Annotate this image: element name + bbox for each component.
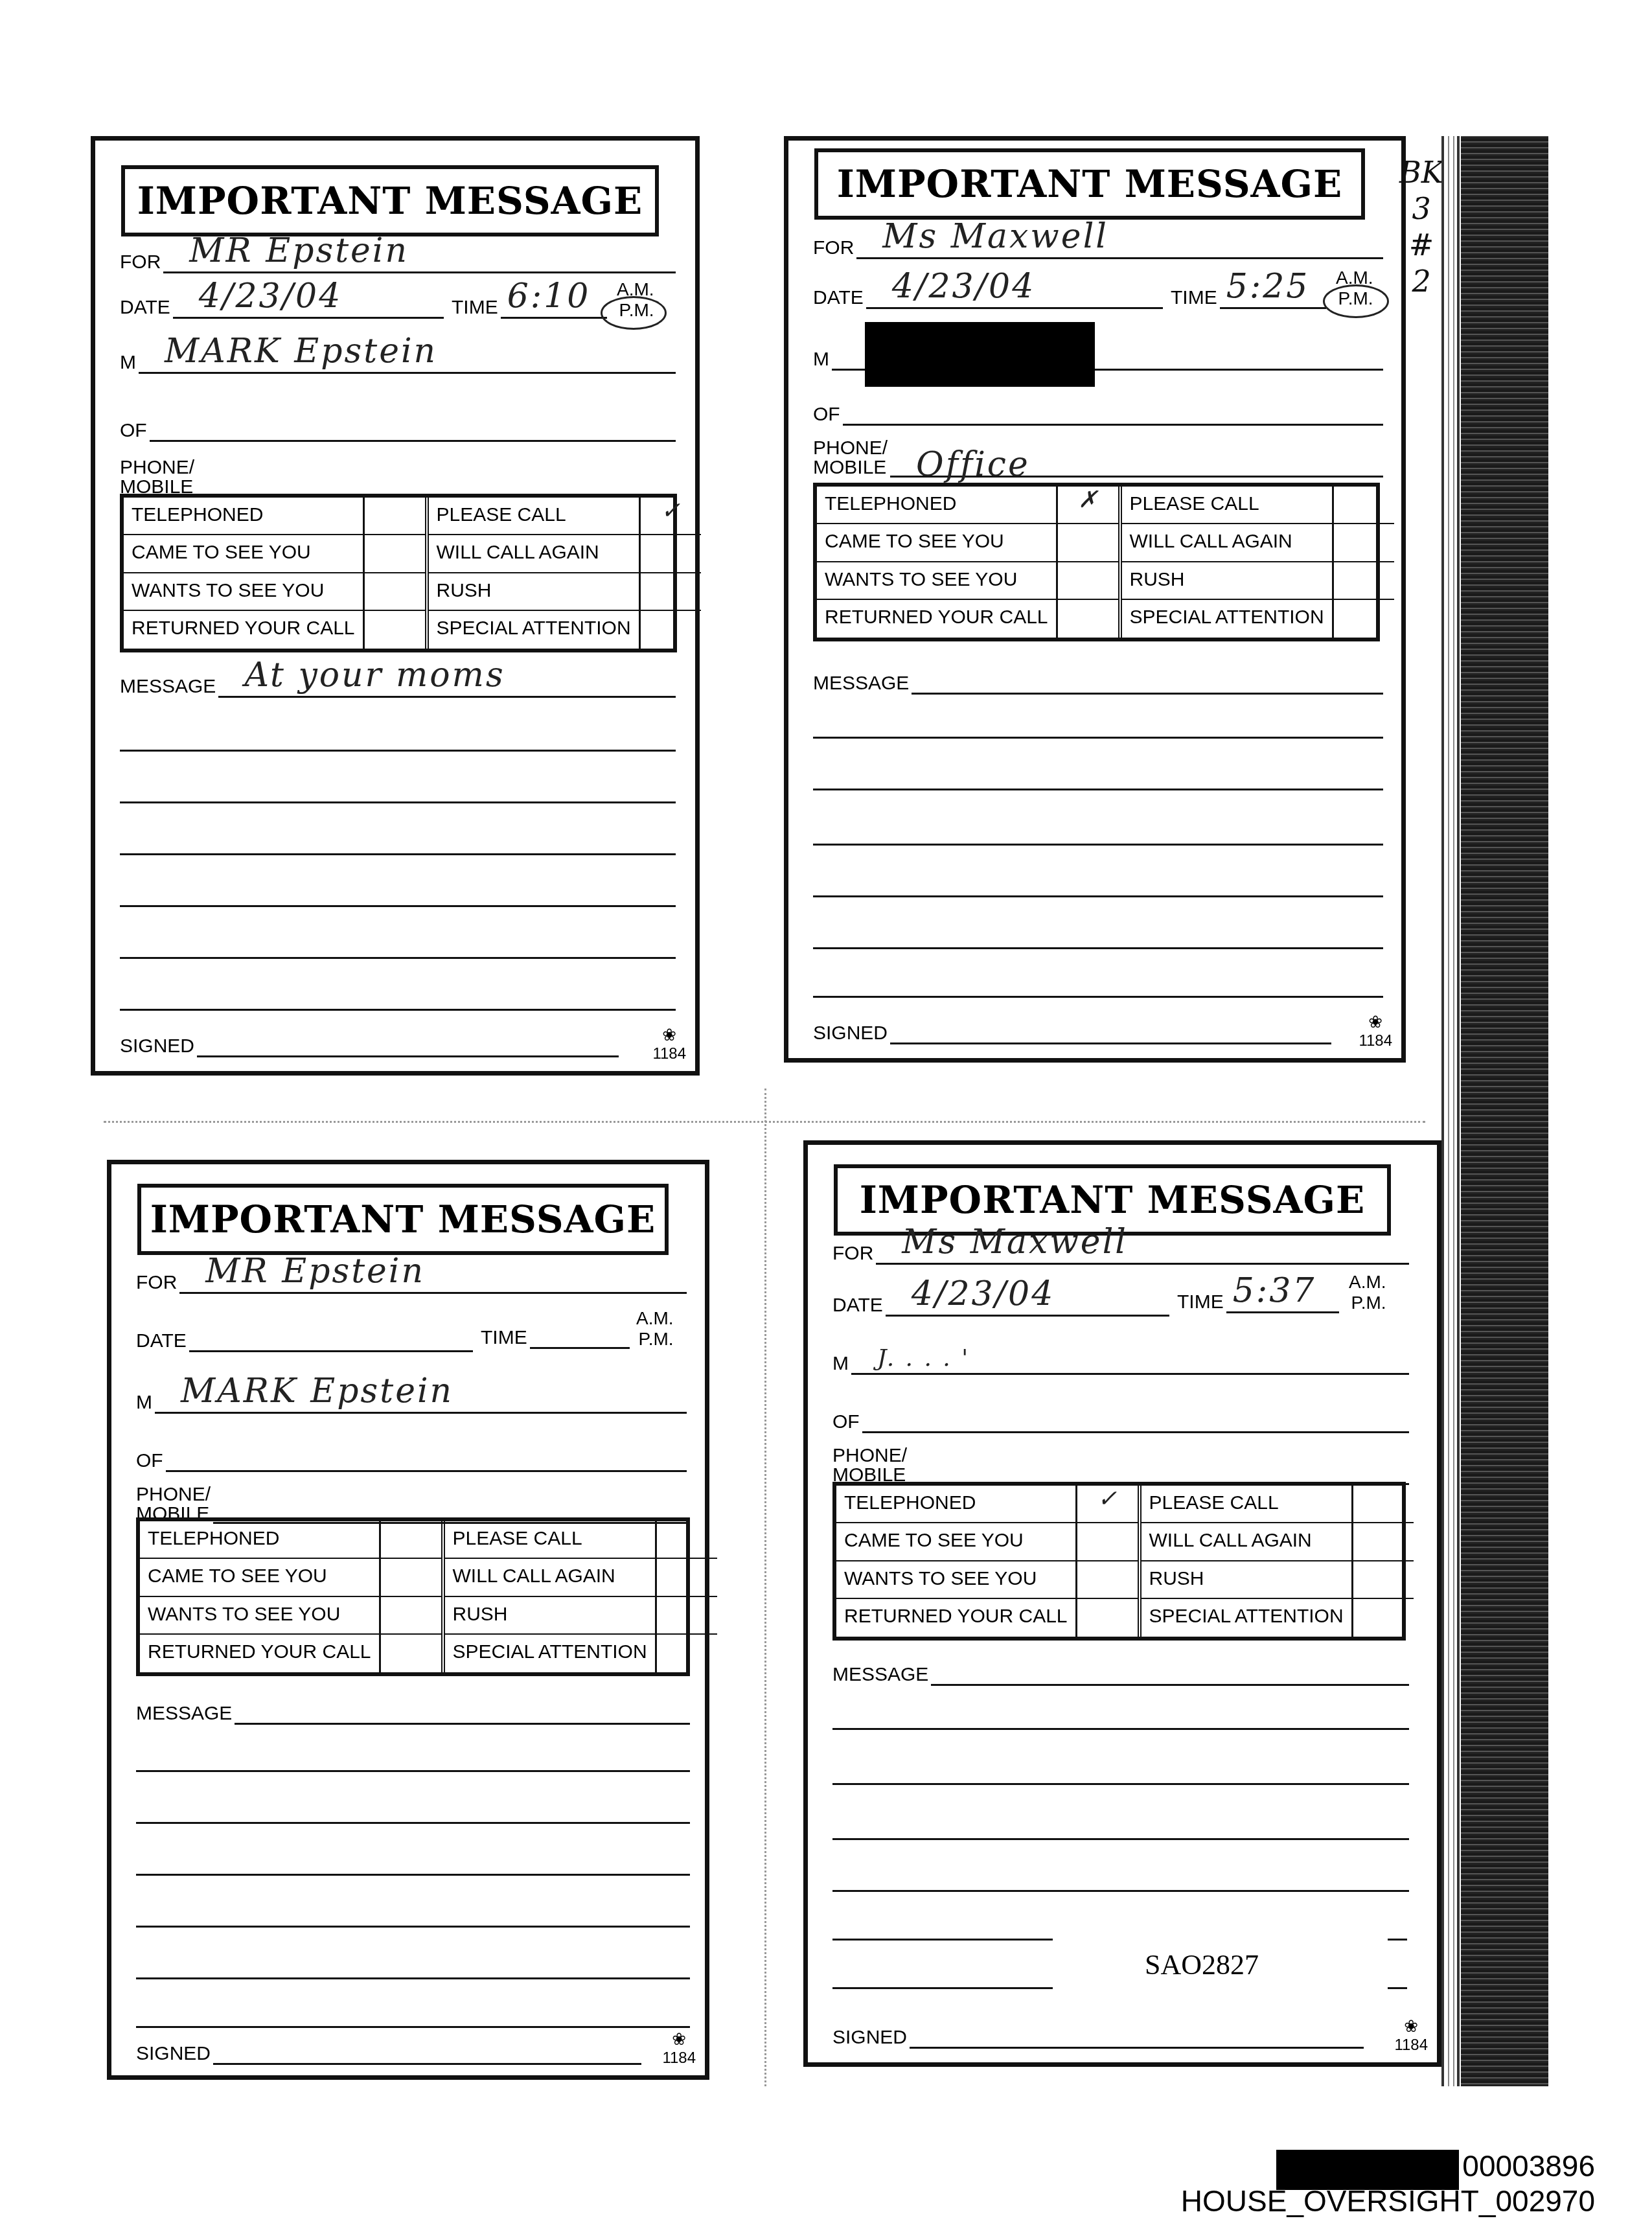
checkbox xyxy=(655,1635,717,1672)
check-rush: RUSH xyxy=(1141,1561,1414,1599)
m-field: M J. . . . ' xyxy=(832,1352,1409,1375)
m-field: M MARK Epstein xyxy=(136,1391,687,1414)
check-came-to-see-you: CAME TO SEE YOU xyxy=(140,1559,441,1596)
for-value: Ms Maxwell xyxy=(882,217,1108,256)
message-slip-bottom-left: IMPORTANT MESSAGE FOR MR Epstein DATE TI… xyxy=(107,1160,709,2080)
for-label: FOR xyxy=(120,251,161,273)
message-label: MESSAGE xyxy=(120,676,216,698)
signed-field: SIGNED xyxy=(120,1035,619,1057)
pm-label: P.M. xyxy=(1349,1293,1386,1313)
check-returned-your-call: RETURNED YOUR CALL xyxy=(140,1635,441,1672)
of-field: OF xyxy=(120,419,676,442)
printer-logo-icon: ❀ xyxy=(652,1025,686,1045)
date-value: 4/23/04 xyxy=(912,1274,1055,1313)
time-label: TIME xyxy=(1177,1291,1224,1313)
checkbox xyxy=(639,535,701,571)
message-line xyxy=(813,789,1383,790)
message-line xyxy=(832,1728,1409,1730)
checkbox xyxy=(655,1559,717,1595)
bates-stamp: 00003896 HOUSE_OVERSIGHT_002970 xyxy=(1181,2148,1595,2218)
checkbox-grid: TELEPHONED CAME TO SEE YOU WANTS TO SEE … xyxy=(136,1517,690,1676)
message-line xyxy=(136,1874,690,1876)
check-will-call-again: WILL CALL AGAIN xyxy=(445,1559,717,1596)
check-telephoned: TELEPHONED xyxy=(140,1521,441,1559)
of-field: OF xyxy=(832,1411,1409,1433)
message-label: MESSAGE xyxy=(832,1664,928,1686)
check-special-attention: SPECIAL ATTENTION xyxy=(445,1635,717,1672)
for-label: FOR xyxy=(136,1272,177,1294)
checkbox xyxy=(1332,562,1394,599)
signed-field: SIGNED xyxy=(813,1022,1331,1044)
time-value: 6:10 xyxy=(507,277,591,316)
time-field: TIME xyxy=(481,1326,630,1349)
production-number: HOUSE_OVERSIGHT_002970 xyxy=(1181,2183,1595,2218)
time-value: 5:37 xyxy=(1233,1271,1316,1310)
checkbox xyxy=(363,535,425,571)
phone-label: PHONE/MOBILE xyxy=(813,439,888,478)
check-returned-your-call: RETURNED YOUR CALL xyxy=(817,600,1118,638)
date-label: DATE xyxy=(832,1295,883,1317)
checkbox-grid: TELEPHONED✗ CAME TO SEE YOU WANTS TO SEE… xyxy=(813,483,1380,641)
message-line xyxy=(1388,1939,1407,1941)
checkbox xyxy=(1351,1523,1414,1560)
form-number: ❀ 1184 xyxy=(1359,1012,1392,1050)
message-line xyxy=(120,905,676,907)
pm-circled-mark xyxy=(601,296,667,330)
checkbox xyxy=(1332,524,1394,560)
checkbox xyxy=(379,1597,441,1633)
signed-field: SIGNED xyxy=(136,2042,641,2065)
message-line xyxy=(813,996,1383,998)
message-line xyxy=(136,1822,690,1824)
message-line xyxy=(813,737,1383,739)
m-value: J. . . . ' xyxy=(877,1345,970,1372)
control-number: 00003896 xyxy=(1181,2148,1595,2183)
check-returned-your-call: RETURNED YOUR CALL xyxy=(836,1599,1138,1637)
checkbox-checked: ✓ xyxy=(1075,1486,1138,1522)
checkbox xyxy=(1351,1599,1414,1637)
signed-field: SIGNED xyxy=(832,2026,1364,2049)
time-field: TIME 6:10 xyxy=(452,296,607,319)
m-label: M xyxy=(832,1353,849,1375)
time-label: TIME xyxy=(1171,287,1217,309)
printer-logo-icon: ❀ xyxy=(662,2029,696,2049)
message-line xyxy=(832,1987,1053,1989)
check-please-call: PLEASE CALL xyxy=(1122,487,1394,524)
date-label: DATE xyxy=(136,1330,187,1352)
for-label: FOR xyxy=(813,237,854,259)
check-special-attention: SPECIAL ATTENTION xyxy=(1122,600,1394,638)
checkbox xyxy=(1056,524,1118,560)
of-label: OF xyxy=(120,420,147,442)
check-will-call-again: WILL CALL AGAIN xyxy=(1122,524,1394,562)
date-value: 4/23/04 xyxy=(199,277,342,316)
message-line xyxy=(813,947,1383,949)
checkbox xyxy=(639,573,701,610)
message-field: MESSAGE xyxy=(136,1702,690,1725)
m-value: MARK Epstein xyxy=(181,1372,453,1411)
check-telephoned: TELEPHONED✓ xyxy=(836,1486,1138,1523)
date-field: DATE 4/23/04 xyxy=(120,296,444,319)
m-field: M MARK Epstein xyxy=(120,351,676,374)
slip-title-box: IMPORTANT MESSAGE xyxy=(121,165,659,236)
phone-label: PHONE/MOBILE xyxy=(832,1446,907,1485)
slip-title: IMPORTANT MESSAGE xyxy=(860,1178,1366,1222)
checkbox xyxy=(1332,487,1394,523)
am-pm-labels: A.M. P.M. xyxy=(1349,1272,1386,1313)
checkbox xyxy=(1075,1599,1138,1637)
date-label: DATE xyxy=(120,297,170,319)
cut-line-vertical xyxy=(764,1088,766,2086)
scan-dark-strip xyxy=(1461,136,1548,2086)
time-label: TIME xyxy=(481,1327,527,1349)
checkbox xyxy=(363,498,425,534)
message-line xyxy=(136,1770,690,1772)
checkbox xyxy=(1332,600,1394,638)
message-line xyxy=(832,1890,1409,1892)
check-will-call-again: WILL CALL AGAIN xyxy=(429,535,701,573)
check-rush: RUSH xyxy=(1122,562,1394,600)
date-label: DATE xyxy=(813,287,864,309)
time-field: TIME 5:37 xyxy=(1177,1291,1339,1313)
message-label: MESSAGE xyxy=(136,1703,232,1725)
for-field: FOR Ms Maxwell xyxy=(813,236,1383,259)
checkbox xyxy=(1351,1486,1414,1522)
message-label: MESSAGE xyxy=(813,673,909,695)
message-field: MESSAGE xyxy=(813,672,1383,695)
of-label: OF xyxy=(813,404,840,426)
checkbox xyxy=(1056,562,1118,599)
checkbox xyxy=(363,611,425,649)
message-line xyxy=(813,895,1383,897)
check-telephoned: TELEPHONED xyxy=(124,498,425,535)
scan-binding-edge xyxy=(1441,136,1460,2086)
checkbox-grid: TELEPHONED CAME TO SEE YOU WANTS TO SEE … xyxy=(120,494,677,652)
message-line xyxy=(832,1838,1409,1840)
message-slip-top-right: IMPORTANT MESSAGE FOR Ms Maxwell DATE 4/… xyxy=(784,136,1406,1063)
check-wants-to-see-you: WANTS TO SEE YOU xyxy=(140,1597,441,1635)
slip-title: IMPORTANT MESSAGE xyxy=(837,162,1343,206)
checkbox-grid: TELEPHONED✓ CAME TO SEE YOU WANTS TO SEE… xyxy=(832,1482,1406,1641)
form-number: ❀ 1184 xyxy=(652,1025,686,1063)
check-will-call-again: WILL CALL AGAIN xyxy=(1141,1523,1414,1561)
date-field: DATE xyxy=(136,1330,473,1352)
check-wants-to-see-you: WANTS TO SEE YOU xyxy=(124,573,425,611)
of-field: OF xyxy=(136,1449,687,1472)
message-line xyxy=(136,2026,690,2028)
check-please-call: PLEASE CALL✓ xyxy=(429,498,701,535)
document-stamp: SAO2827 xyxy=(1145,1948,1259,1981)
phone-field: PHONE/MOBILE Office xyxy=(813,439,1383,478)
checkbox xyxy=(1351,1561,1414,1598)
printer-logo-icon: ❀ xyxy=(1359,1012,1392,1032)
message-line xyxy=(120,801,676,803)
time-label: TIME xyxy=(452,297,498,319)
checkbox xyxy=(379,1559,441,1595)
message-line xyxy=(120,1009,676,1011)
phone-field: PHONE/MOBILE xyxy=(120,458,676,497)
handwritten-side-annotation: BK 3 # 2 xyxy=(1399,154,1443,299)
date-value: 4/23/04 xyxy=(892,267,1035,306)
checkbox xyxy=(1056,600,1118,638)
message-line xyxy=(136,1977,690,1979)
message-line xyxy=(832,1939,1053,1941)
for-field: FOR MR Epstein xyxy=(120,251,676,273)
checkbox xyxy=(655,1597,717,1633)
signed-label: SIGNED xyxy=(813,1022,888,1044)
message-field: MESSAGE At your moms xyxy=(120,675,676,698)
check-telephoned: TELEPHONED✗ xyxy=(817,487,1118,524)
checkbox-checked: ✓ xyxy=(639,498,701,534)
checkbox-checked: ✗ xyxy=(1056,487,1118,523)
check-rush: RUSH xyxy=(445,1597,717,1635)
phone-label: PHONE/MOBILE xyxy=(120,458,194,497)
message-line xyxy=(1388,1987,1407,1989)
checkbox xyxy=(379,1635,441,1672)
am-label: A.M. xyxy=(1349,1272,1386,1293)
m-value: MARK Epstein xyxy=(165,332,437,371)
of-field: OF xyxy=(813,403,1383,426)
message-field: MESSAGE xyxy=(832,1663,1409,1686)
checkbox xyxy=(379,1521,441,1558)
message-line xyxy=(120,750,676,752)
for-label: FOR xyxy=(832,1243,873,1265)
checkbox xyxy=(655,1521,717,1558)
form-number: ❀ 1184 xyxy=(662,2029,696,2068)
check-special-attention: SPECIAL ATTENTION xyxy=(429,611,701,649)
for-field: FOR MR Epstein xyxy=(136,1271,687,1294)
checkbox xyxy=(639,611,701,649)
am-label: A.M. xyxy=(636,1308,674,1329)
form-number: ❀ 1184 xyxy=(1394,2016,1428,2055)
message-value: At your moms xyxy=(244,656,505,695)
signed-label: SIGNED xyxy=(832,2027,907,2049)
signed-label: SIGNED xyxy=(136,2043,211,2065)
message-line xyxy=(813,844,1383,846)
checkbox xyxy=(363,573,425,610)
checkbox xyxy=(1075,1561,1138,1598)
check-wants-to-see-you: WANTS TO SEE YOU xyxy=(817,562,1118,600)
check-came-to-see-you: CAME TO SEE YOU xyxy=(817,524,1118,562)
slip-title-box: IMPORTANT MESSAGE xyxy=(137,1184,669,1255)
phone-field: PHONE/MOBILE xyxy=(832,1446,1409,1485)
phone-value: Office xyxy=(916,455,1030,474)
m-label: M xyxy=(813,349,829,371)
of-label: OF xyxy=(832,1411,860,1433)
slip-title: IMPORTANT MESSAGE xyxy=(137,179,643,223)
date-field: DATE 4/23/04 xyxy=(813,286,1163,309)
time-value: 5:25 xyxy=(1226,267,1310,306)
slip-title: IMPORTANT MESSAGE xyxy=(150,1197,656,1241)
check-came-to-see-you: CAME TO SEE YOU xyxy=(124,535,425,573)
m-label: M xyxy=(136,1392,152,1414)
message-slip-top-left: IMPORTANT MESSAGE FOR MR Epstein DATE 4/… xyxy=(91,136,700,1076)
printer-logo-icon: ❀ xyxy=(1394,2016,1428,2036)
m-label: M xyxy=(120,352,136,374)
pm-label: P.M. xyxy=(636,1329,674,1350)
message-line xyxy=(120,957,676,959)
for-value: MR Epstein xyxy=(205,1252,425,1291)
for-value: Ms Maxwell xyxy=(902,1223,1128,1261)
date-field: DATE 4/23/04 xyxy=(832,1294,1169,1317)
check-please-call: PLEASE CALL xyxy=(445,1521,717,1559)
redaction-box xyxy=(865,322,1095,387)
of-label: OF xyxy=(136,1450,163,1472)
for-value: MR Epstein xyxy=(189,231,409,270)
checkbox xyxy=(1075,1523,1138,1560)
time-field: TIME 5:25 xyxy=(1171,286,1326,309)
signed-label: SIGNED xyxy=(120,1035,194,1057)
pm-circled-mark xyxy=(1323,284,1389,318)
for-field: FOR Ms Maxwell xyxy=(832,1242,1409,1265)
message-line xyxy=(120,853,676,855)
slip-title-box: IMPORTANT MESSAGE xyxy=(814,148,1365,220)
check-came-to-see-you: CAME TO SEE YOU xyxy=(836,1523,1138,1561)
am-pm-labels: A.M. P.M. xyxy=(636,1308,674,1350)
check-returned-your-call: RETURNED YOUR CALL xyxy=(124,611,425,649)
check-special-attention: SPECIAL ATTENTION xyxy=(1141,1599,1414,1637)
message-slip-bottom-right: IMPORTANT MESSAGE FOR Ms Maxwell DATE 4/… xyxy=(803,1140,1441,2067)
message-line xyxy=(136,1926,690,1928)
check-please-call: PLEASE CALL xyxy=(1141,1486,1414,1523)
check-rush: RUSH xyxy=(429,573,701,611)
check-wants-to-see-you: WANTS TO SEE YOU xyxy=(836,1561,1138,1599)
message-line xyxy=(832,1783,1409,1785)
